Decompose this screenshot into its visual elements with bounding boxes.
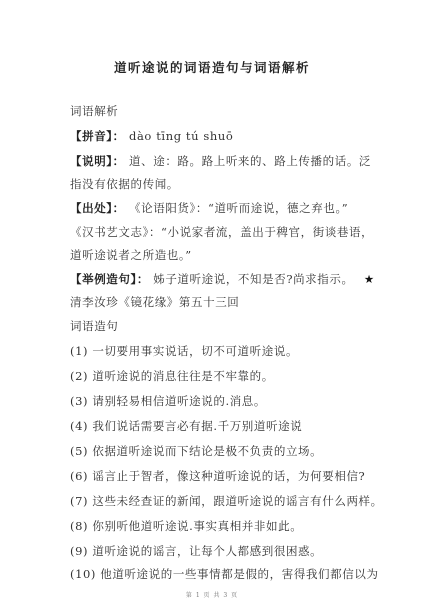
sentence-item: (8) 你别听他道听途说.事实真相并非如此。: [70, 518, 302, 534]
section-heading-sentences: 词语造句: [70, 318, 118, 334]
example-label: 【举例造句】：: [70, 272, 149, 286]
sentence-item: (6) 谣言止于智者，像这种道听途说的话，为何要相信?: [70, 468, 365, 484]
sentence-item: (4) 我们说话需要言必有据.千万别道听途说: [70, 418, 302, 434]
sentence-item: (1) 一切要用事实说话，切不可道听途说。: [70, 343, 298, 359]
example-source: 清李汝珍《镜花缘》第五十三回: [70, 294, 239, 310]
source-row: 【出处】： 《论语阳货》：“道听而途说，德之弃也。”: [70, 200, 348, 216]
source-value: 《论语阳货》：“道听而途说，德之弃也。”: [129, 201, 348, 215]
star-icon: ★: [364, 272, 375, 286]
pinyin-value: dào tīng tú shuō: [129, 129, 233, 143]
example-row: 【举例造句】： 姊子道听途说，不知是否?尚求指示。 ★: [70, 271, 375, 287]
section-heading-analysis: 词语解析: [70, 103, 118, 119]
pinyin-label: 【拼音】：: [70, 129, 125, 143]
document-title: 道听途说的词语造句与词语解析: [0, 58, 424, 76]
sentence-item: (7) 这些未经查证的新闻，跟道听途说的谣言有什么两样。: [70, 493, 383, 509]
source-label: 【出处】：: [70, 201, 125, 215]
explanation-label: 【说明】：: [70, 154, 125, 168]
explanation-value: 道、途：路。路上听来的、路上传播的话。泛: [129, 154, 371, 168]
explanation-continuation: 指没有依据的传闻。: [70, 176, 179, 192]
example-value: 姊子道听途说，不知是否?尚求指示。: [153, 272, 353, 286]
explanation-row: 【说明】： 道、途：路。路上听来的、路上传播的话。泛: [70, 153, 371, 169]
page-footer: 第 1 页 共 3 页: [0, 590, 424, 599]
source-line3: 道听途说者之所造也。”: [70, 247, 192, 263]
sentence-item: (2) 道听途说的消息往往是不牢靠的。: [70, 368, 274, 384]
sentence-item: (10) 他道听途说的一些事情都是假的，害得我们都信以为: [70, 566, 379, 582]
sentence-item: (5) 依据道听途说而下结论是极不负责的立场。: [70, 443, 322, 459]
sentence-item: (3) 请别轻易相信道听途说的.消息。: [70, 393, 266, 409]
source-line2: 《汉书艺文志》：“小说家者流，盖出于稗官，街谈巷语，: [70, 224, 373, 240]
pinyin-row: 【拼音】： dào tīng tú shuō: [70, 128, 233, 144]
sentence-item: (9) 道听途说的谣言，让每个人都感到很困惑。: [70, 543, 322, 559]
